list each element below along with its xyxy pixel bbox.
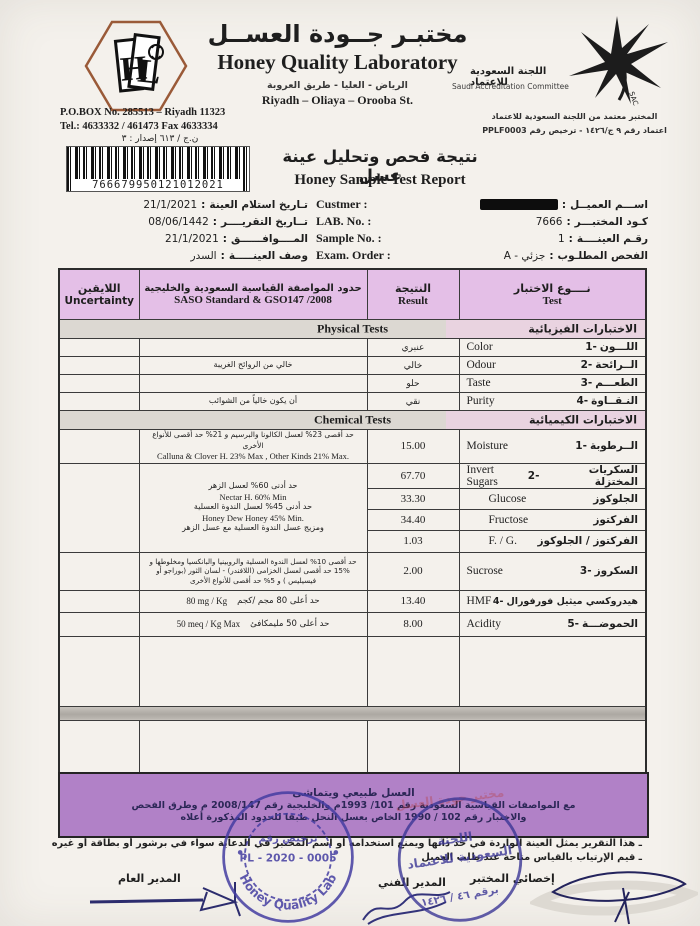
sample-desc-field: السدر: وصف العينـــــة — [60, 247, 308, 264]
technical-manager-signature — [358, 886, 458, 926]
uncertainty-cell — [59, 612, 139, 636]
receive-date-label: تـاريخ استلام العينة — [209, 199, 308, 211]
gregorian-date-field: 21/1/2021: المــــوافــــــق — [60, 230, 308, 247]
uncertainty-cell — [59, 356, 139, 374]
tel-fax-line: Tel.: 4633332 / 461473 Fax 4633334 — [60, 120, 260, 134]
row-purity: أن يكون خالياً من الشوائب نقي Purity 4-ا… — [59, 392, 646, 410]
sac-accreditation-line1: المختبر معتمد من اللجنة السعودية للاعتما… — [462, 112, 687, 121]
redacted-customer-name — [480, 199, 558, 210]
customer-field: : اســـم العميــل — [452, 196, 648, 213]
report-date-label: تــاريخ التقريــــر — [221, 216, 308, 228]
gregorian-date-value: 21/1/2021 — [165, 233, 219, 245]
uncertainty-cell — [59, 590, 139, 612]
report-date-value: 08/06/1442 — [148, 216, 209, 228]
lab-code-label-ar: كـود المختبـــر — [575, 216, 648, 228]
col-header-result: النتيجة Result — [367, 269, 459, 319]
gray-scan-band — [59, 706, 646, 720]
row-hmf: 80 mg / Kg حد أعلى 80 مجم /كجم 13.40 HMF… — [59, 590, 646, 612]
sample-desc-value: السدر — [191, 250, 217, 262]
chemical-section-ar: الاختبارات الكيميائية — [529, 413, 637, 426]
empty-row — [59, 720, 646, 778]
honey-lab-logo: H L — [82, 18, 190, 114]
lab-code-field: 7666: كـود المختبـــر — [452, 213, 648, 230]
sac-name-english: Saudi Accreditation Committee — [452, 82, 592, 91]
barcode: 766679950121012021 — [66, 146, 250, 192]
physical-tests-section: Physical Tests الاختبارات الفيزيائية — [59, 319, 646, 338]
doc-code: ن.ج / ٦١٣ إصدار : ٣ — [85, 134, 235, 144]
sample-no-value: 1 — [558, 233, 565, 245]
chemical-tests-section: Chemical Tests الاختبارات الكيميائية — [59, 410, 646, 429]
scanned-report-page: H L مختبـر جــودة العســل Honey Quality … — [0, 0, 700, 926]
conclusion-line3: والاختبار رقم 102 / 1990 الخاص بعسل النح… — [60, 812, 647, 823]
physical-section-en: Physical Tests — [317, 321, 388, 336]
uncertainty-cell — [59, 374, 139, 392]
lab-code-value: 7666 — [536, 216, 563, 228]
svg-text:SAC: SAC — [627, 91, 639, 106]
col-header-test: نــــوع الاختبار Test — [459, 269, 646, 319]
row-invert-sugars: حد أدنى 60% لعسل الزهر Nectar H. 60% Min… — [59, 463, 646, 488]
conclusion-line2: مع المواصفات القياسية السعودية رقم 101/ … — [60, 800, 647, 811]
receive-date-field: 21/1/2021: تـاريخ استلام العينة — [60, 196, 308, 213]
receive-date-value: 21/1/2021 — [143, 199, 197, 211]
exam-type-label-ar: الفحص المطلـوب — [558, 250, 648, 262]
exam-order-label-en: Exam. Order : — [316, 248, 391, 263]
row-color: عنبري Color 1-اللـــون — [59, 338, 646, 356]
uncertainty-cell — [59, 392, 139, 410]
lab-specialist-signature — [545, 862, 695, 926]
sample-no-label-ar: رقـم العينــــة — [577, 233, 648, 245]
row-acidity: 50 meq / Kg Max حد أعلى 50 مليمكافئ 8.00… — [59, 612, 646, 636]
sample-desc-label: وصف العينـــــة — [229, 250, 308, 262]
conclusion-line1: العسل طبيعي ويتماشى — [60, 787, 647, 799]
lab-no-label-en: LAB. No. : — [316, 214, 371, 229]
conclusion-box: العسل طبيعي ويتماشى مع المواصفات القياسي… — [58, 772, 649, 838]
results-table: اللايقين Uncertainty حدود المواصفة القيا… — [58, 268, 647, 779]
customer-label-ar: اســـم العميــل — [570, 199, 648, 211]
address-arabic: الرياض - العليا - طريق العروبة — [230, 80, 445, 91]
uncertainty-cell — [59, 338, 139, 356]
row-sucrose: حد أقصى 10% لعسل الندوة العسلية والروبين… — [59, 552, 646, 590]
customer-label-en: Custmer : — [316, 197, 367, 212]
uncertainty-cell — [59, 429, 139, 463]
sample-no-field: 1: رقـم العينــــة — [452, 230, 648, 247]
sample-no-label-en: Sample No. : — [316, 231, 382, 246]
general-manager-signature — [85, 880, 260, 920]
sac-accreditation-line2: اعتماد رقم ٩ ج/١٤٢٦ - ترخيص رقم PPLF0003 — [462, 126, 687, 135]
exam-type-value: جزئي - A — [504, 250, 546, 262]
note-line-1: ـ هذا التقرير يمثل العينة الواردة في حد … — [42, 838, 642, 849]
address-english: Riyadh – Oliaya – Orooba St. — [230, 93, 445, 108]
sac-starburst-logo: SAC — [565, 14, 670, 106]
row-moisture: حد أقصى 23% لعسل الكالونا والبرسيم و 21%… — [59, 429, 646, 463]
report-date-field: 08/06/1442: تــاريخ التقريــــر — [60, 213, 308, 230]
po-box-line: P.O.BOX No. 285513 – Riyadh 11323 — [60, 106, 260, 120]
uncertainty-cell — [59, 463, 139, 552]
chemical-section-en: Chemical Tests — [314, 412, 391, 427]
empty-row — [59, 636, 646, 706]
lab-name-english: Honey Quality Laboratory — [195, 50, 480, 75]
lab-name-arabic: مختبـر جــودة العســل — [205, 20, 470, 48]
gregorian-date-label: المــــوافــــــق — [231, 233, 308, 245]
barcode-number: 766679950121012021 — [73, 179, 243, 191]
exam-type-field: جزئي - A: الفحص المطلـوب — [452, 247, 648, 264]
physical-section-ar: الاختبارات الفيزيائية — [528, 322, 637, 335]
row-odour: خالي من الروائح الغريبة خالي Odour 2-الـ… — [59, 356, 646, 374]
report-title-english: Honey Sample Test Report — [255, 172, 505, 189]
invert-standard-cell: حد أدنى 60% لعسل الزهر Nectar H. 60% Min… — [139, 463, 367, 552]
col-header-standard: حدود المواصفة القياسية السعودية والخليجي… — [139, 269, 367, 319]
row-taste: حلو Taste 3-الطعـــم — [59, 374, 646, 392]
uncertainty-cell — [59, 552, 139, 590]
col-header-uncertainty: اللايقين Uncertainty — [59, 269, 139, 319]
